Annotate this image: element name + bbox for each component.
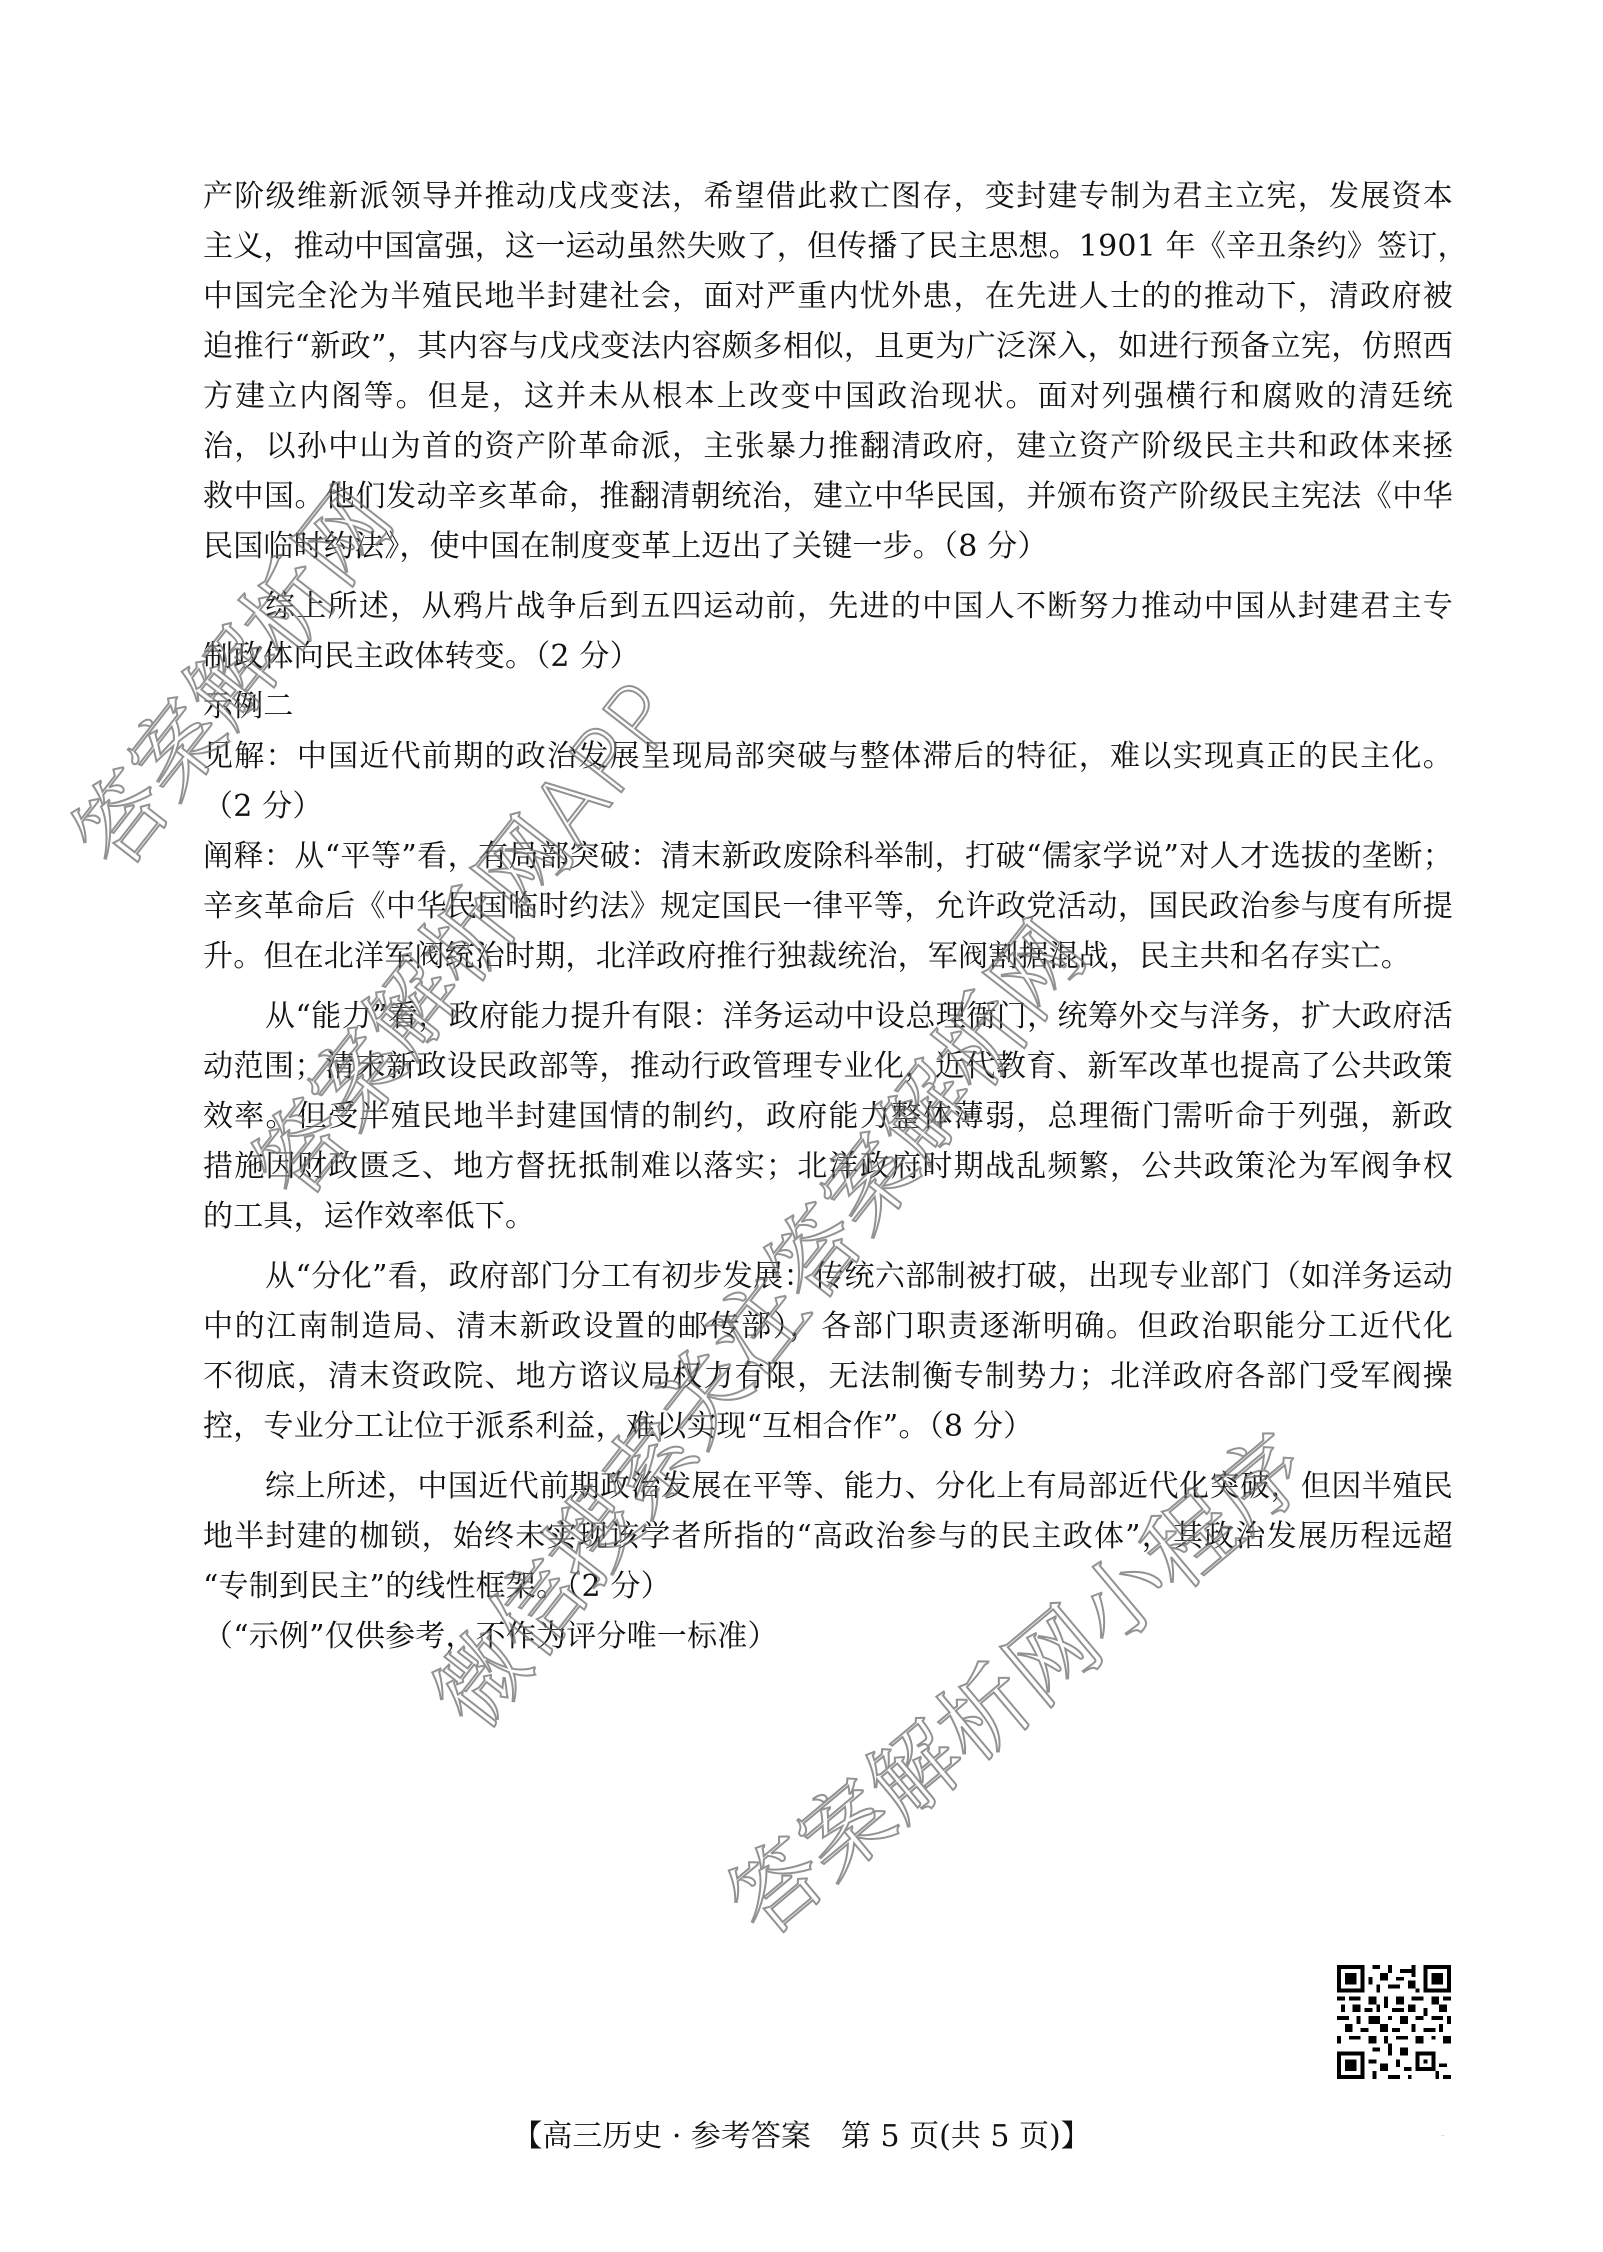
text-line: 产阶级维新派领导并推动戊戌变法，希望借此救亡图存，变封建专制为君主立宪，发展资本: [203, 172, 1453, 222]
document-body: 产阶级维新派领导并推动戊戌变法，希望借此救亡图存，变封建专制为君主立宪，发展资本…: [203, 172, 1453, 1662]
text-line: 迫推行“新政”，其内容与戊戌变法内容颇多相似，且更为广泛深入，如进行预备立宪，仿…: [203, 322, 1453, 372]
text-line: 地半封建的枷锁，始终未实现该学者所指的“高政治参与的民主政体”，其政治发展历程远…: [203, 1512, 1453, 1562]
text-line: 中的江南制造局、清末新政设置的邮传部），各部门职责逐渐明确。但政治职能分工近代化: [203, 1302, 1453, 1352]
text-line: （“示例”仅供参考，不作为评分唯一标准）: [203, 1612, 1453, 1662]
text-line: 方建立内阁等。但是，这并未从根本上改变中国政治现状。面对列强横行和腐败的清廷统: [203, 372, 1453, 422]
text-line: 措施因财政匮乏、地方督抚抵制难以落实；北洋政府时期战乱频繁，公共政策沦为军阀争权: [203, 1142, 1453, 1192]
text-line: 制政体向民主政体转变。（2 分）: [203, 632, 1453, 682]
text-line: 阐释：从“平等”看，有局部突破：清末新政废除科举制，打破“儒家学说”对人才选拔的…: [203, 832, 1453, 882]
text-line: 从“分化”看，政府部门分工有初步发展：传统六部制被打破，出现专业部门（如洋务运动: [203, 1252, 1453, 1302]
text-line: “专制到民主”的线性框架。（2 分）: [203, 1562, 1453, 1612]
text-line: 的工具，运作效率低下。: [203, 1192, 1453, 1242]
text-line: 升。但在北洋军阀统治时期，北洋政府推行独裁统治，军阀割据混战，民主共和名存实亡。: [203, 932, 1453, 982]
text-line: 见解：中国近代前期的政治发展呈现局部突破与整体滞后的特征，难以实现真正的民主化。: [203, 732, 1453, 782]
text-line: 中国完全沦为半殖民地半封建社会，面对严重内忧外患，在先进人士的的推动下，清政府被: [203, 272, 1453, 322]
text-line: （2 分）: [203, 782, 1453, 832]
text-line: 综上所述，中国近代前期政治发展在平等、能力、分化上有局部近代化突破，但因半殖民: [203, 1462, 1453, 1512]
text-line: 效率。但受半殖民地半封建国情的制约，政府能力整体薄弱，总理衙门需听命于列强，新政: [203, 1092, 1453, 1142]
text-line: 不彻底，清末资政院、地方谘议局权力有限，无法制衡专制势力；北洋政府各部门受军阀操: [203, 1352, 1453, 1402]
text-line: 综上所述，从鸦片战争后到五四运动前，先进的中国人不断努力推动中国从封建君主专: [203, 582, 1453, 632]
text-line: 辛亥革命后《中华民国临时约法》规定国民一律平等，允许政党活动，国民政治参与度有所…: [203, 882, 1453, 932]
text-line: 治，以孙中山为首的资产阶革命派，主张暴力推翻清政府，建立资产阶级民主共和政体来拯: [203, 422, 1453, 472]
text-line: 救中国。他们发动辛亥革命，推翻清朝统治，建立中华民国，并颁布资产阶级民主宪法《中…: [203, 472, 1453, 522]
text-line: 从“能力”看，政府能力提升有限：洋务运动中设总理衙门，统筹外交与洋务，扩大政府活: [203, 992, 1453, 1042]
text-line: 民国临时约法》，使中国在制度变革上迈出了关键一步。（8 分）: [203, 522, 1453, 572]
text-line: 主义，推动中国富强，这一运动虽然失败了，但传播了民主思想。1901 年《辛丑条约…: [203, 222, 1453, 272]
text-line: 示例二: [203, 682, 1453, 732]
text-line: 动范围；清末新政设民政部等，推动行政管理专业化，近代教育、新军改革也提高了公共政…: [203, 1042, 1453, 1092]
page-footer: 【高三历史 · 参考答案 第 5 页(共 5 页)】: [0, 2117, 1603, 2157]
text-line: 控，专业分工让位于派系利益，难以实现“互相合作”。（8 分）: [203, 1402, 1453, 1452]
qr-code-icon: [1337, 1965, 1451, 2079]
